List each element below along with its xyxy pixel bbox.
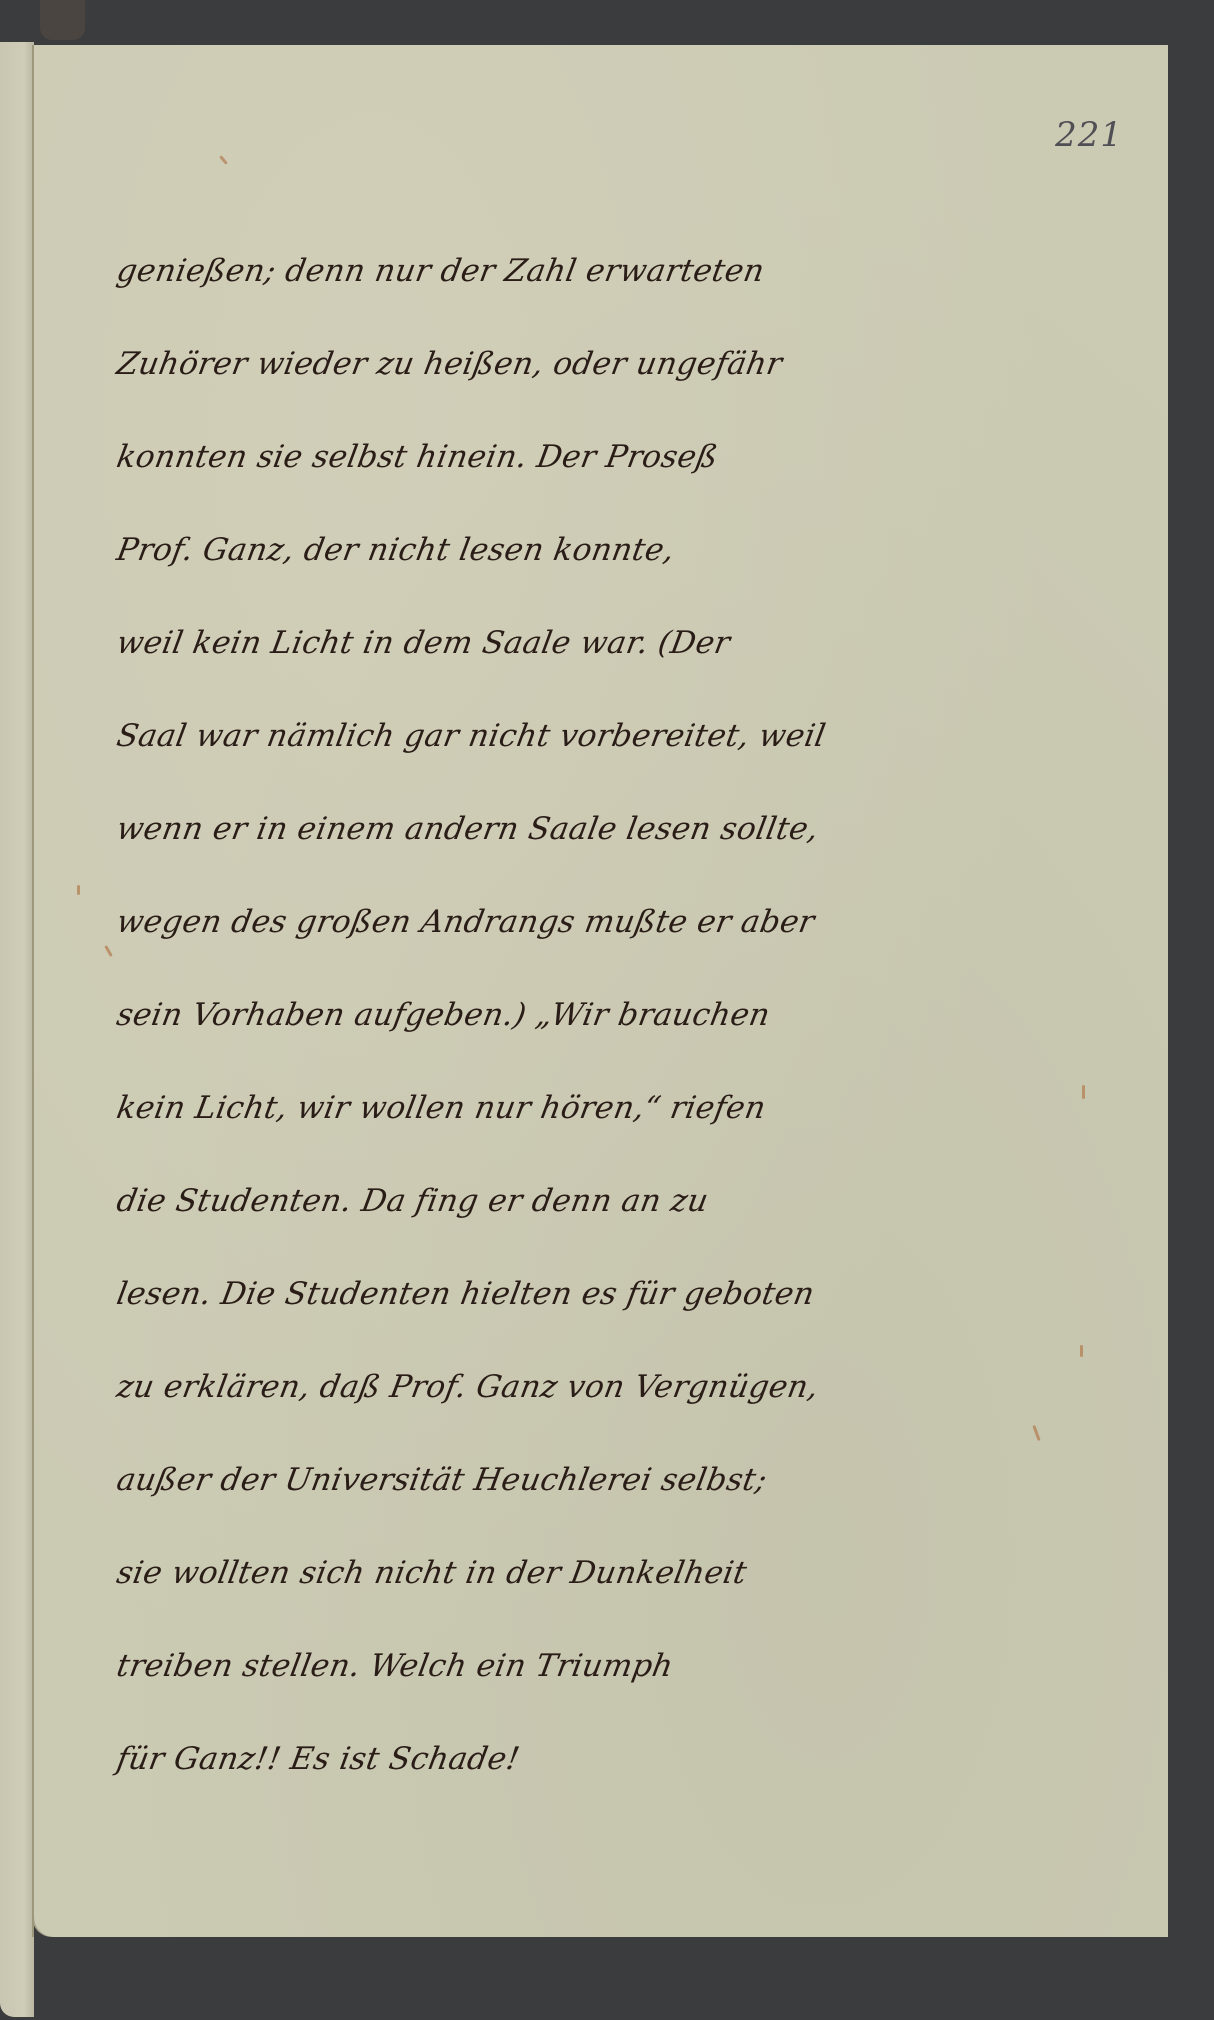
text-line: weil kein Licht in dem Saale war. (Der (109, 597, 925, 690)
text-line: zu erklären, daß Prof. Ganz von Vergnüge… (109, 1341, 925, 1434)
text-line: genießen; denn nur der Zahl erwarteten (109, 225, 925, 318)
text-line: für Ganz!! Es ist Schade! (109, 1713, 925, 1806)
text-line: Prof. Ganz, der nicht lesen konnte, (109, 504, 925, 597)
text-line: treiben stellen. Welch ein Triumph (109, 1620, 925, 1713)
handwritten-text-block: genießen; denn nur der Zahl erwarteten Z… (117, 225, 917, 1806)
text-line: wegen des großen Andrangs mußte er aber (109, 876, 925, 969)
text-line: konnten sie selbst hinein. Der Proseß (109, 411, 925, 504)
paper-fiber (77, 885, 80, 895)
text-line: Zuhörer wieder zu heißen, oder ungefähr (109, 318, 925, 411)
text-line: außer der Universität Heuchlerei selbst; (109, 1434, 925, 1527)
manuscript-page: 221 genießen; denn nur der Zahl erwartet… (32, 45, 1168, 1937)
text-line: wenn er in einem andern Saale lesen soll… (109, 783, 925, 876)
text-line: sein Vorhaben aufgeben.) „Wir brauchen (109, 969, 925, 1062)
paper-fiber (1032, 1425, 1040, 1441)
paper-fiber (219, 155, 228, 165)
page-number: 221 (1055, 115, 1123, 155)
text-line: die Studenten. Da fing er denn an zu (109, 1155, 925, 1248)
text-line: lesen. Die Studenten hielten es für gebo… (109, 1248, 925, 1341)
binding-fold-line (32, 45, 34, 1937)
manuscript-scan: 221 genießen; denn nur der Zahl erwartet… (0, 0, 1214, 2020)
text-line-with-strikethrough: sie wollten sich nicht in der Dunkelheit (109, 1527, 925, 1620)
text-line: Saal war nämlich gar nicht vorbereitet, … (109, 690, 925, 783)
binding-tab (40, 0, 85, 40)
text-line: kein Licht, wir wollen nur hören,“ riefe… (109, 1062, 925, 1155)
paper-fiber (1082, 1085, 1085, 1099)
adjacent-page-edge (0, 42, 34, 2017)
paper-fiber (1080, 1345, 1083, 1357)
